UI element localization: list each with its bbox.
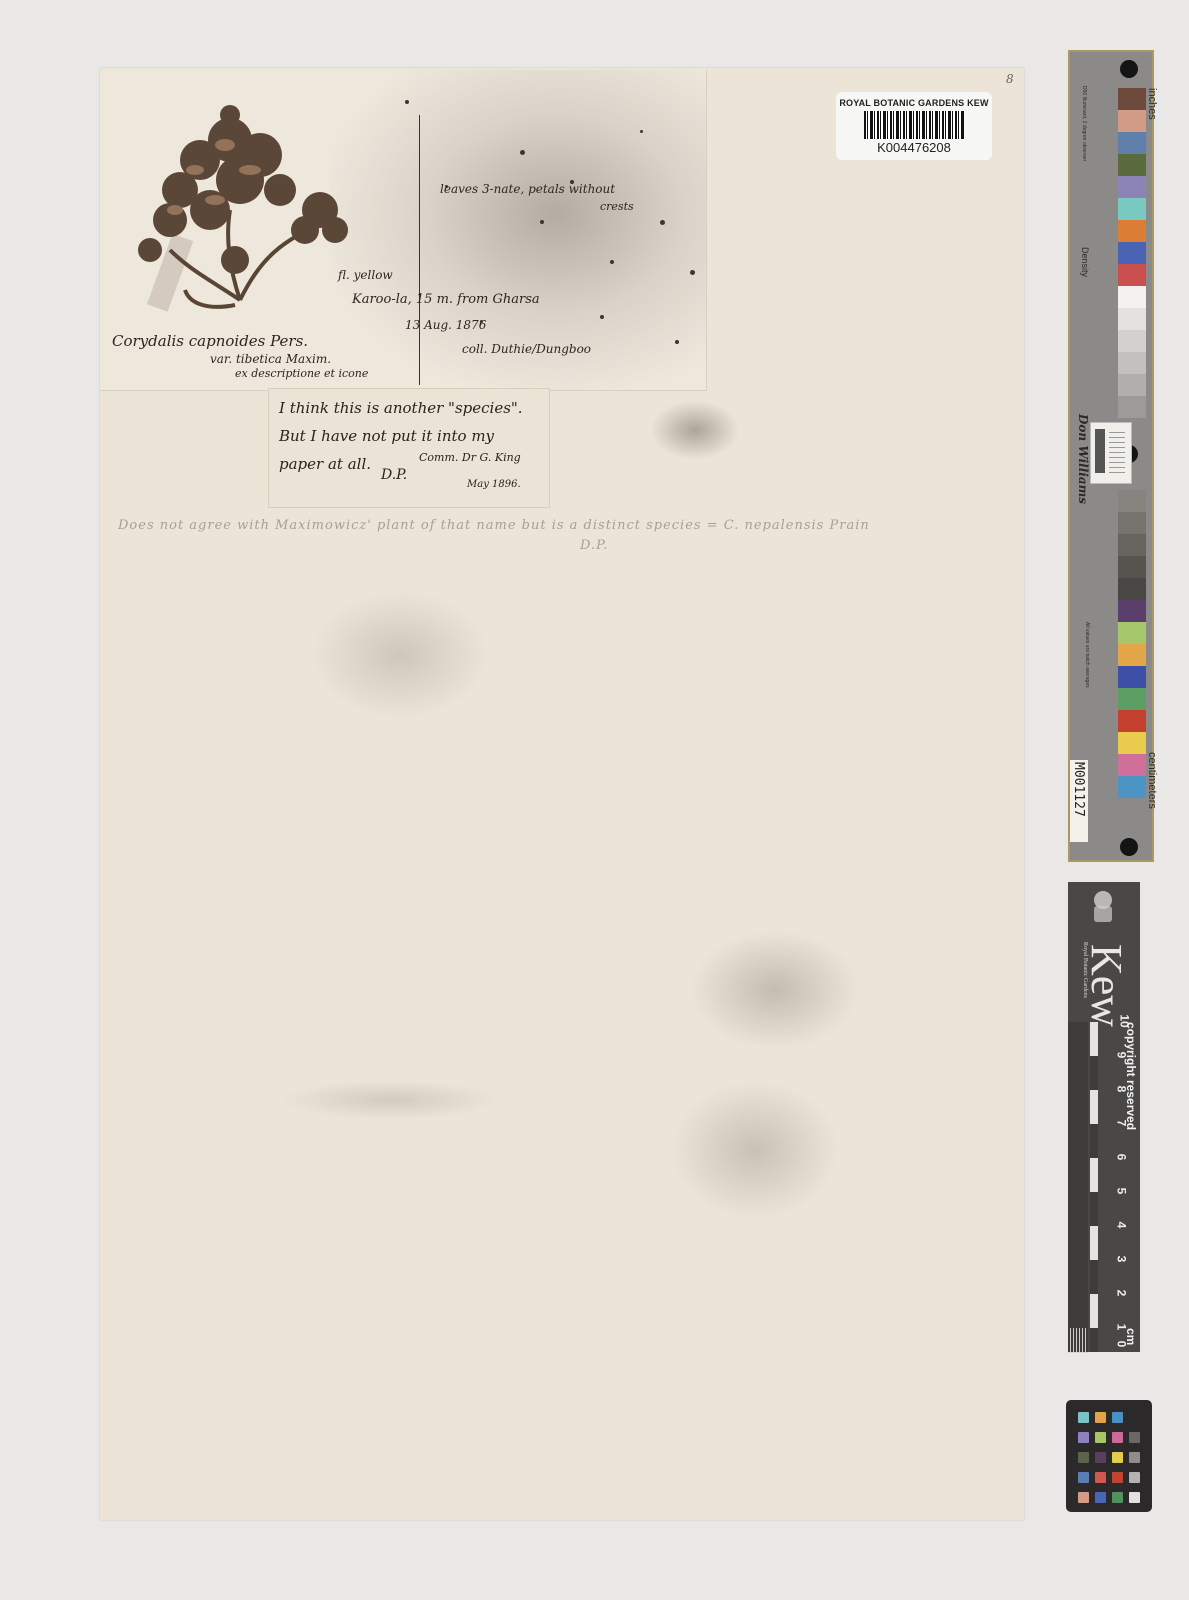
color-patch	[1118, 754, 1146, 776]
pencil-annotation-initials: D.P.	[580, 538, 608, 553]
checker-chip	[1129, 1452, 1140, 1463]
scale-segment	[1068, 1294, 1088, 1329]
ruler-unit-centimeters: centimeters	[1146, 752, 1158, 809]
ruler-id: M001127	[1071, 762, 1086, 817]
checker-chip	[1112, 1432, 1123, 1443]
color-patch	[1118, 264, 1146, 286]
annotation-note-card: I think this is another "species". But I…	[268, 388, 550, 508]
scale-strip	[1090, 1056, 1098, 1090]
scale-segment	[1068, 1090, 1088, 1125]
institution-name: ROYAL BOTANIC GARDENS KEW	[836, 98, 992, 108]
checker-chip	[1095, 1492, 1106, 1503]
ruler-id-tag: M001127	[1070, 760, 1088, 842]
collection-date: 13 Aug. 1876	[405, 318, 486, 332]
gray-patch	[1118, 556, 1146, 578]
leaf-note-line1: leaves 3-nate, petals without	[440, 182, 615, 196]
mould-stain	[670, 1080, 840, 1220]
mould-stain	[650, 400, 740, 460]
color-patch	[1118, 776, 1146, 798]
scale-segment	[1068, 1056, 1088, 1091]
checker-chip	[1078, 1412, 1089, 1423]
scale-strip	[1090, 1328, 1098, 1352]
note-communicated-by: Comm. Dr G. King	[419, 451, 521, 464]
gray-patch	[1118, 330, 1146, 352]
leaf-note-line2: crests	[600, 200, 634, 213]
gray-patch	[1118, 534, 1146, 556]
checker-chip	[1112, 1412, 1123, 1423]
gray-patch	[1118, 578, 1146, 600]
flower-color-note: fl. yellow	[338, 268, 393, 282]
scale-copyright: copyright reserved	[1124, 1022, 1138, 1130]
resolution-target	[1090, 422, 1132, 484]
scale-strip	[1090, 1260, 1098, 1294]
checker-chip	[1078, 1492, 1089, 1503]
checker-chip	[1095, 1472, 1106, 1483]
collector-name: coll. Duthie/Dungboo	[462, 342, 591, 356]
checker-chip	[1112, 1472, 1123, 1483]
color-patch	[1118, 600, 1146, 622]
scale-segment	[1068, 1226, 1088, 1261]
color-patch	[1118, 688, 1146, 710]
color-patch	[1118, 666, 1146, 688]
color-patch	[1118, 644, 1146, 666]
kew-crest-icon	[1088, 888, 1118, 928]
gray-patch	[1118, 490, 1146, 512]
ruler-brand: Don Williams	[1076, 414, 1090, 504]
color-patch	[1118, 88, 1146, 110]
pen-line-divider	[419, 115, 420, 385]
mould-stain	[280, 1080, 500, 1120]
checker-chip	[1078, 1452, 1089, 1463]
checker-chip	[1095, 1452, 1106, 1463]
mould-stain	[690, 930, 860, 1050]
checker-chip	[1112, 1452, 1123, 1463]
scale-segment	[1068, 1260, 1088, 1295]
gray-patch	[1118, 308, 1146, 330]
barcode-label: ROYAL BOTANIC GARDENS KEW K004476208	[836, 92, 992, 160]
note-line-1: I think this is another "species".	[279, 399, 523, 417]
checker-chip	[1129, 1472, 1140, 1483]
scale-strip	[1090, 1022, 1098, 1056]
color-patch	[1118, 198, 1146, 220]
scale-label-3: 3	[1114, 1256, 1128, 1263]
color-checker-card	[1066, 1400, 1152, 1512]
scale-strip	[1090, 1294, 1098, 1328]
checker-chip	[1078, 1432, 1089, 1443]
pencil-annotation: Does not agree with Maximowicz' plant of…	[118, 518, 870, 533]
checker-chip	[1112, 1492, 1123, 1503]
scale-strip	[1090, 1192, 1098, 1226]
gray-patch	[1118, 286, 1146, 308]
scale-label-6: 6	[1114, 1154, 1128, 1161]
determination-name: Corydalis capnoides Pers.	[112, 332, 308, 350]
note-line-2: But I have not put it into my	[279, 427, 494, 445]
mould-stain	[310, 590, 490, 720]
scale-unit: cm	[1124, 1328, 1138, 1345]
color-patch	[1118, 710, 1146, 732]
barcode-number: K004476208	[836, 140, 992, 155]
ruler-unit-inches: inches	[1146, 88, 1158, 120]
checker-chip	[1129, 1492, 1140, 1503]
color-patch	[1118, 242, 1146, 264]
scale-mm-segment	[1068, 1328, 1088, 1353]
determination-source: ex descriptione et icone	[235, 367, 368, 380]
scale-strip	[1090, 1226, 1098, 1260]
kew-scale-bar: Kew Royal Botanic Gardens 10 9 8 7 6 5 4…	[1068, 882, 1140, 1352]
color-patch	[1118, 132, 1146, 154]
color-patch	[1118, 732, 1146, 754]
scale-strip	[1090, 1090, 1098, 1124]
scale-strip	[1090, 1158, 1098, 1192]
ruler-density-label: Density	[1080, 247, 1090, 277]
color-patch	[1118, 220, 1146, 242]
determination-variety: var. tibetica Maxim.	[210, 352, 331, 366]
ruler-illuminant-note: D50 Illuminant, 2 degree observer	[1081, 86, 1087, 161]
page-mark: 8	[1006, 72, 1014, 86]
gray-patch	[1118, 352, 1146, 374]
color-patch	[1118, 622, 1146, 644]
collection-locality: Karoo-la, 15 m. from Gharsa	[352, 292, 540, 307]
color-patch	[1118, 154, 1146, 176]
ruler-hole-icon	[1120, 838, 1138, 856]
color-patch	[1118, 176, 1146, 198]
scale-segment	[1068, 1158, 1088, 1193]
barcode-icon	[864, 111, 964, 139]
scale-segment	[1068, 1022, 1088, 1057]
ruler-hole-icon	[1120, 60, 1138, 78]
checker-chip	[1129, 1432, 1140, 1443]
gray-patch	[1118, 396, 1146, 418]
specimen-label-card: Corydalis capnoides Pers. var. tibetica …	[100, 70, 707, 391]
checker-chip	[1095, 1432, 1106, 1443]
gray-patch	[1118, 374, 1146, 396]
ruler-footnote: All values are batch averages	[1084, 622, 1090, 688]
note-date: May 1896.	[467, 479, 521, 490]
gray-patch	[1118, 512, 1146, 534]
note-signature: D.P.	[381, 467, 407, 483]
color-calibration-ruler: inches centimeters D50 Illuminant, 2 deg…	[1068, 50, 1154, 862]
scale-segment	[1068, 1192, 1088, 1227]
scale-strip	[1090, 1124, 1098, 1158]
kew-logo-subtitle: Royal Botanic Gardens	[1082, 942, 1088, 998]
scale-label-5: 5	[1114, 1188, 1128, 1195]
scale-label-2: 2	[1114, 1290, 1128, 1297]
checker-chip	[1095, 1412, 1106, 1423]
color-patch	[1118, 110, 1146, 132]
checker-chip	[1078, 1472, 1089, 1483]
scale-label-4: 4	[1114, 1222, 1128, 1229]
scale-segment	[1068, 1124, 1088, 1159]
pressed-plant-specimen	[130, 100, 360, 320]
note-line-3: paper at all.	[279, 455, 371, 473]
